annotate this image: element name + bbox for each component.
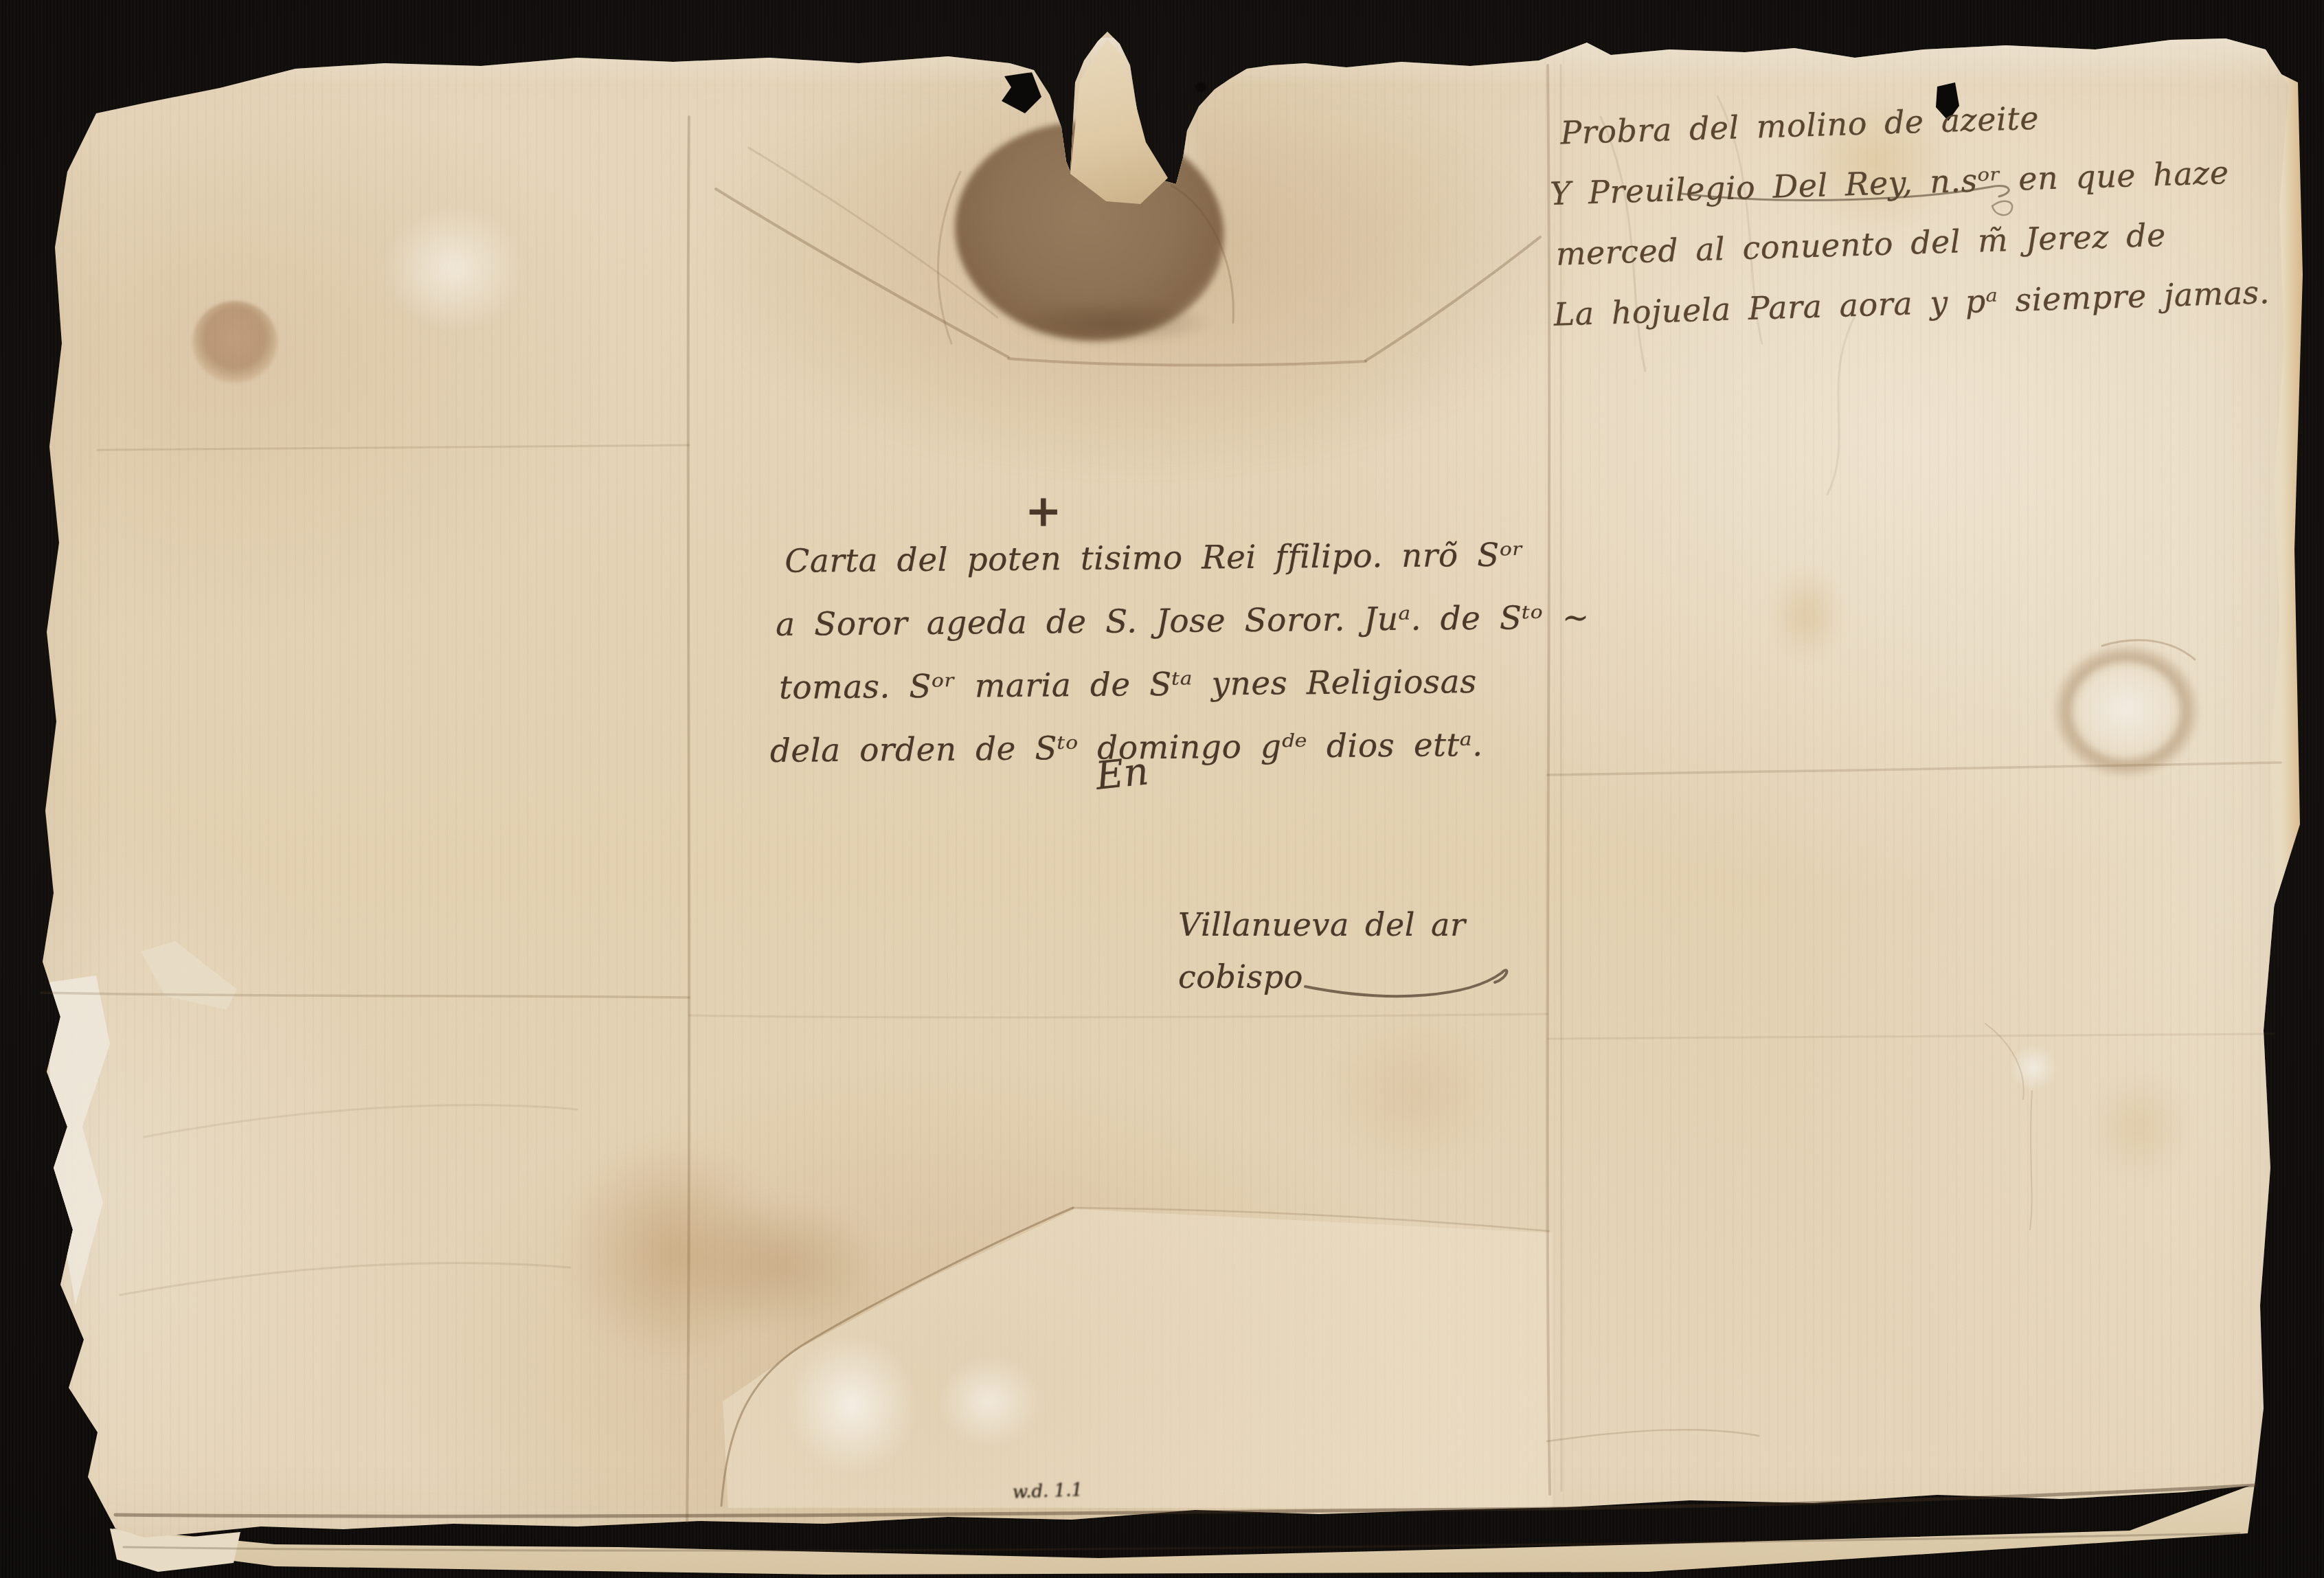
paper-grain-noise [0, 0, 2324, 1578]
photograph-black-背background: Probra del molino de azeite Y Preuilegio… [0, 0, 2324, 1578]
